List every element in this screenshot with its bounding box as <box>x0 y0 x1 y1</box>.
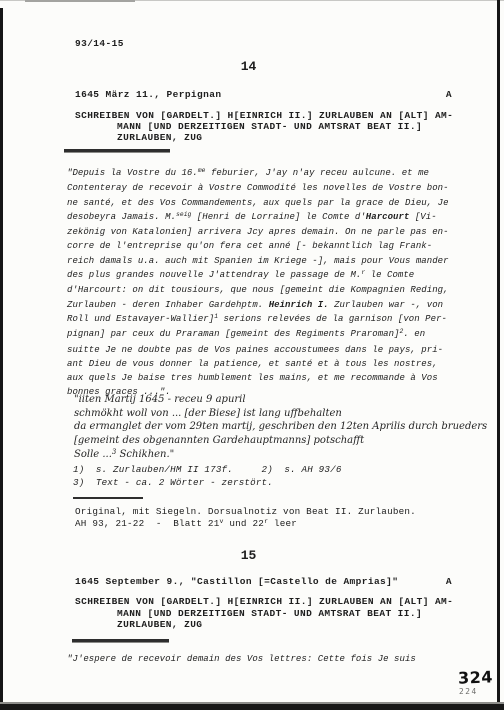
separator-rule <box>64 149 170 153</box>
letter-body: "J'espere de recevoir demain des Vos let… <box>67 654 416 664</box>
page-number-stamp: 324 <box>458 667 494 687</box>
provenance-note: Original, mit Siegeln. Dorsualnotiz von … <box>75 506 416 530</box>
entry-date: 1645 März 11., Perpignan <box>75 89 221 100</box>
scan-edge-left <box>0 8 3 710</box>
entry-date: 1645 September 9., "Castillon [=Castello… <box>75 576 398 587</box>
column-marker: A <box>446 576 452 587</box>
entry-number: 15 <box>0 548 497 563</box>
letter-body: "Depuis la Vostre du 16.me feburier, J'a… <box>67 166 449 400</box>
separator-rule <box>73 497 143 499</box>
separator-rule <box>72 639 169 643</box>
folio-pencil-note: 224 <box>459 687 478 696</box>
scan-edge-bottom <box>0 702 504 710</box>
entry-number: 14 <box>0 59 497 74</box>
column-marker: A <box>446 89 452 100</box>
letter-heading: SCHREIBEN VON [GARDELT.] H[EINRICH II.] … <box>75 110 453 143</box>
scan-smudge <box>25 0 135 2</box>
scanned-document-page: 93/14-15 14 1645 März 11., Perpignan A S… <box>0 0 504 710</box>
postscript-handwriting: "iiten Martij 1645 - receu 9 apurilschmö… <box>74 393 487 463</box>
scan-edge-right <box>497 0 500 710</box>
footnotes: 1) s. Zurlauben/HM II 173f. 2) s. AH 93/… <box>73 464 342 489</box>
letter-heading: SCHREIBEN VON [GARDELT.] H[EINRICH II.] … <box>75 596 453 631</box>
archive-reference: 93/14-15 <box>75 38 124 49</box>
date-line: 1645 September 9., "Castillon [=Castello… <box>75 576 452 587</box>
date-line: 1645 März 11., Perpignan A <box>75 89 452 100</box>
